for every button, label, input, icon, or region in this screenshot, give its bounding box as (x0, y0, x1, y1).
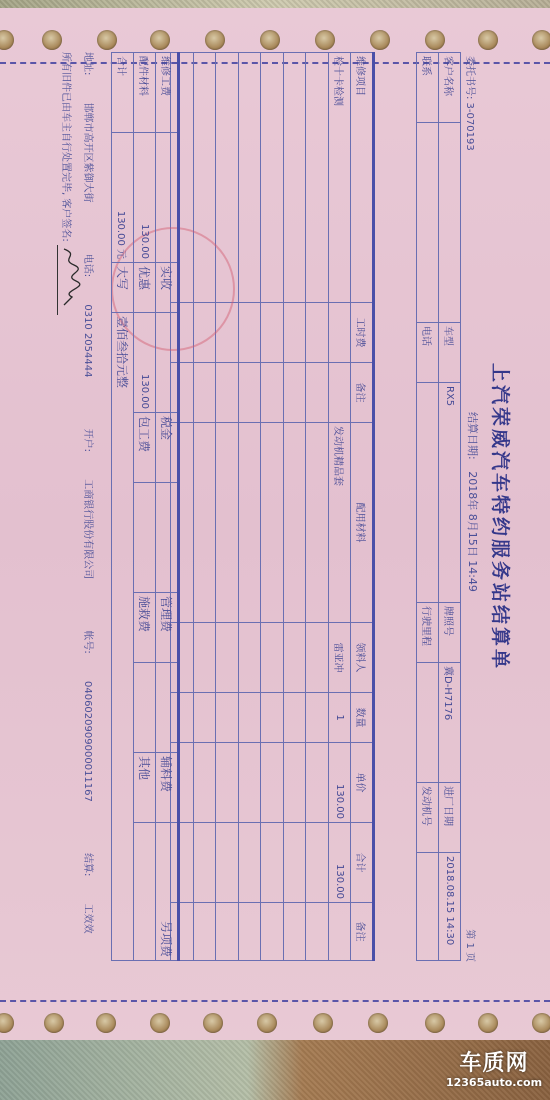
summary-row-3: 合计 130.00 元 大写 壹佰叁拾元整 (112, 53, 134, 961)
table-row: 检十卡检测 发动机精品套 雷亚冲 1 130.00 130.00 (329, 53, 351, 961)
settlement-date-line: 结算日期: 2018年 8月15日 14:49 (465, 412, 481, 600)
mileage-label: 行驶里程 (417, 603, 439, 663)
plate-label: 牌照号 (439, 603, 461, 663)
customer-info-table: 客户名称 车型 RX5 牌照号 冀D-H7176 进厂日期 2018.08.15… (416, 52, 461, 961)
engine-no-value (417, 853, 439, 961)
tax-label: 税金 (156, 413, 179, 483)
old-parts-disclaimer: 所有旧件已由车主自行处置完毕, 客户签名: (60, 52, 71, 242)
bank-label: 开户: (82, 429, 93, 452)
picker-header: 领料人 (351, 623, 374, 693)
form-title: 上汽荣威汽车特约服务站结算单 (488, 52, 515, 982)
collected-label: 实收 (156, 263, 179, 313)
labor-item-name: 检十卡检测 (329, 53, 351, 303)
mgmt-fee-value (156, 663, 179, 753)
labor-total-label: 维修工费 (156, 53, 179, 133)
tractor-holes-bottom (0, 1013, 550, 1043)
labor-fee-header: 工时费 (351, 303, 374, 363)
unit-price-header: 单价 (351, 743, 374, 823)
qty-header: 数量 (351, 693, 374, 743)
engine-no-label: 发动机号 (417, 783, 439, 853)
customer-value (439, 123, 461, 323)
customer-label: 客户名称 (439, 53, 461, 123)
part-unit-price: 130.00 (329, 743, 351, 823)
discount-value: 130.00 (134, 313, 156, 413)
entry-date-label: 进厂日期 (439, 783, 461, 853)
customer-signature (58, 245, 75, 315)
collected-value (156, 313, 179, 413)
package-fee-label: 包工费 (134, 413, 156, 483)
other-fee-label: 其他 (134, 753, 156, 823)
address-label: 地址: (82, 52, 93, 75)
amount-in-words-label: 大写 (112, 263, 134, 313)
labor-header: 维修项目 (351, 53, 374, 303)
parts-header: 配用材料 (351, 423, 374, 623)
extra-fee-label: 另项费 (156, 823, 179, 961)
service-items-table: 维修项目 工时费 备注 配用材料 领料人 数量 单价 合计 备注 检十卡检测 发… (171, 52, 376, 961)
dealer-phone-value: 0310 2054444 (82, 304, 93, 377)
account-label: 帐号: (82, 630, 93, 653)
mileage-value (417, 663, 439, 783)
discount-label: 优惠 (134, 263, 156, 313)
summary-row-1: 维修工费 实收 税金 管理费 辅料费 另项费 (156, 53, 179, 961)
table-row-empty (306, 53, 329, 961)
other-fee-value (134, 823, 156, 961)
phone-label: 电话 (417, 323, 439, 383)
watermark-url: 12365auto.com (444, 1076, 544, 1089)
work-order-number: 委托书号: 3-070193 (464, 56, 479, 151)
table-row-empty (216, 53, 239, 961)
contact-value (417, 123, 439, 323)
phone-value (417, 383, 439, 603)
settlement-form: 上汽荣威汽车特约服务站结算单 委托书号: 3-070193 结算日期: 2018… (55, 52, 515, 982)
labor-total-value (156, 133, 179, 263)
settlement-date-value: 2018年 8月15日 14:49 (466, 471, 479, 592)
amount-in-words-value: 壹佰叁拾元整 (112, 313, 134, 961)
model-value: RX5 (439, 383, 461, 603)
parts-remark-header: 备注 (351, 903, 374, 961)
grand-total-value: 130.00 元 (112, 133, 134, 263)
table-row-empty (261, 53, 284, 961)
cashier-value: 工效效 (82, 904, 93, 934)
rescue-fee-label: 施救费 (134, 593, 156, 663)
dealer-info-line: 地址: 邯郸市高开区紫御大街 电话: 0310 2054444 开户: 工商银行… (82, 52, 97, 982)
mgmt-fee-label: 管理费 (156, 593, 179, 663)
disclaimer-line: 所有旧件已由车主自行处置完毕, 客户签名: (58, 52, 76, 982)
part-qty: 1 (329, 693, 351, 743)
site-watermark: 车质网 12365auto.com (444, 1052, 544, 1089)
info-row-2: 联系 电话 行驶里程 发动机号 (417, 53, 439, 961)
parts-total-label: 配件材料 (134, 53, 156, 133)
entry-date-value: 2018.08.15 14:30 (439, 853, 461, 961)
tax-value (156, 483, 179, 593)
summary-table: 维修工费 实收 税金 管理费 辅料费 另项费 配件材料 130.00 优惠 13… (111, 52, 180, 961)
bank-value: 工商银行股份有限公司 (82, 479, 93, 579)
dealer-phone-label: 电话: (82, 254, 93, 277)
parts-total-value: 130.00 (134, 133, 156, 263)
part-picker: 雷亚冲 (329, 623, 351, 693)
account-value: 0406020909000011167 (82, 681, 93, 802)
summary-row-2: 配件材料 130.00 优惠 130.00 包工费 施救费 其他 (134, 53, 156, 961)
info-row-1: 客户名称 车型 RX5 牌照号 冀D-H7176 进厂日期 2018.08.15… (439, 53, 461, 961)
part-remark (329, 903, 351, 961)
package-fee-value (134, 483, 156, 593)
table-row-empty (284, 53, 307, 961)
cashier-label: 结算: (82, 853, 93, 876)
settlement-date-label: 结算日期: (466, 412, 479, 460)
labor-remark-header: 备注 (351, 363, 374, 423)
table-row-empty (239, 53, 262, 961)
labor-item-remark (329, 363, 351, 423)
perforation-bottom (0, 1000, 550, 1002)
labor-item-fee (329, 303, 351, 363)
watermark-brand: 车质网 (444, 1052, 544, 1076)
part-name: 发动机精品套 (329, 423, 351, 623)
rescue-fee-value (134, 663, 156, 753)
items-header-row: 维修项目 工时费 备注 配用材料 领料人 数量 单价 合计 备注 (351, 53, 374, 961)
address-value: 邯郸市高开区紫御大街 (82, 103, 93, 203)
aux-fee-label: 辅料费 (156, 753, 179, 823)
table-row-empty (194, 53, 217, 961)
plate-value: 冀D-H7176 (439, 663, 461, 783)
subtotal-header: 合计 (351, 823, 374, 903)
page-number: 第 1 页 (464, 929, 479, 962)
contact-label: 联系 (417, 53, 439, 123)
part-subtotal: 130.00 (329, 823, 351, 903)
grand-total-label: 合计 (112, 53, 134, 133)
model-label: 车型 (439, 323, 461, 383)
